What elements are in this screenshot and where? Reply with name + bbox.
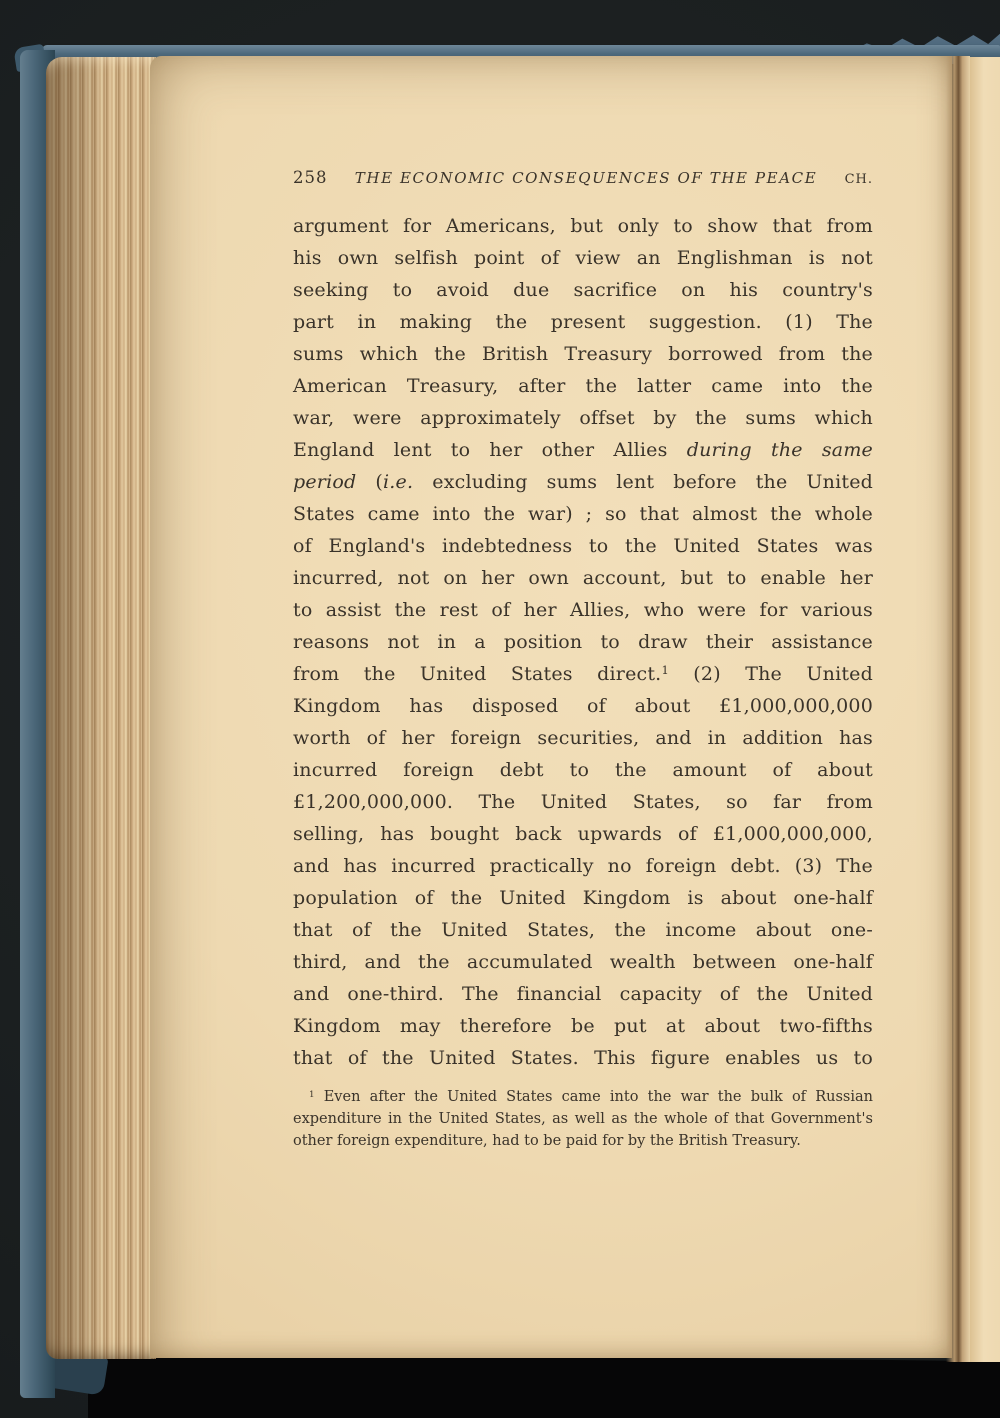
chapter-marker: CH. <box>845 170 873 190</box>
book-photo: 258 THE ECONOMIC CONSEQUENCES OF THE PEA… <box>0 0 1000 1418</box>
body-line: selling, has bought back upwards of £1,0… <box>293 818 873 850</box>
running-title: THE ECONOMIC CONSEQUENCES OF THE PEACE <box>355 168 817 188</box>
gutter-shadow <box>946 56 970 1362</box>
body-line: Kingdom may therefore be put at about tw… <box>293 1010 873 1042</box>
body-line: war, were approximately offset by the su… <box>293 402 873 434</box>
body-line: population of the United Kingdom is abou… <box>293 882 873 914</box>
body-line: third, and the accumulated wealth betwee… <box>293 946 873 978</box>
body-line: sums which the British Treasury borrowed… <box>293 338 873 370</box>
body-line: American Treasury, after the latter came… <box>293 370 873 402</box>
body-line: and one-third. The financial capacity of… <box>293 978 873 1010</box>
page-content: 258 THE ECONOMIC CONSEQUENCES OF THE PEA… <box>293 168 873 1152</box>
body-line: from the United States direct.1 (2) The … <box>293 658 873 690</box>
body-line: that of the United States. This figure e… <box>293 1042 873 1074</box>
body-line: incurred foreign debt to the amount of a… <box>293 754 873 786</box>
footnote-line: expenditure in the United States, as wel… <box>293 1108 873 1130</box>
body-text: argument for Americans, but only to show… <box>293 210 873 1074</box>
body-line: period (i.e. excluding sums lent before … <box>293 466 873 498</box>
facing-page-edge <box>970 57 1000 1362</box>
body-line: £1,200,000,000. The United States, so fa… <box>293 786 873 818</box>
body-line: Kingdom has disposed of about £1,000,000… <box>293 690 873 722</box>
body-line: worth of her foreign securities, and in … <box>293 722 873 754</box>
body-line: of England's indebtedness to the United … <box>293 530 873 562</box>
footnote-line: other foreign expenditure, had to be pai… <box>293 1130 873 1152</box>
body-line: States came into the war) ; so that almo… <box>293 498 873 530</box>
body-line: and has incurred practically no foreign … <box>293 850 873 882</box>
body-line: to assist the rest of her Allies, who we… <box>293 594 873 626</box>
book-shadow <box>88 1352 1000 1418</box>
footnote-line: 1 Even after the United States came into… <box>293 1086 873 1108</box>
page-edge-stack <box>46 57 156 1359</box>
footnote: 1 Even after the United States came into… <box>293 1086 873 1152</box>
page-number: 258 <box>293 168 328 188</box>
body-line: argument for Americans, but only to show… <box>293 210 873 242</box>
body-line: that of the United States, the income ab… <box>293 914 873 946</box>
body-line: reasons not in a position to draw their … <box>293 626 873 658</box>
body-line: seeking to avoid due sacrifice on his co… <box>293 274 873 306</box>
body-line: England lent to her other Allies during … <box>293 434 873 466</box>
body-line: his own selfish point of view an English… <box>293 242 873 274</box>
body-line: part in making the present suggestion. (… <box>293 306 873 338</box>
page-header: 258 THE ECONOMIC CONSEQUENCES OF THE PEA… <box>293 168 873 188</box>
body-line: incurred, not on her own account, but to… <box>293 562 873 594</box>
